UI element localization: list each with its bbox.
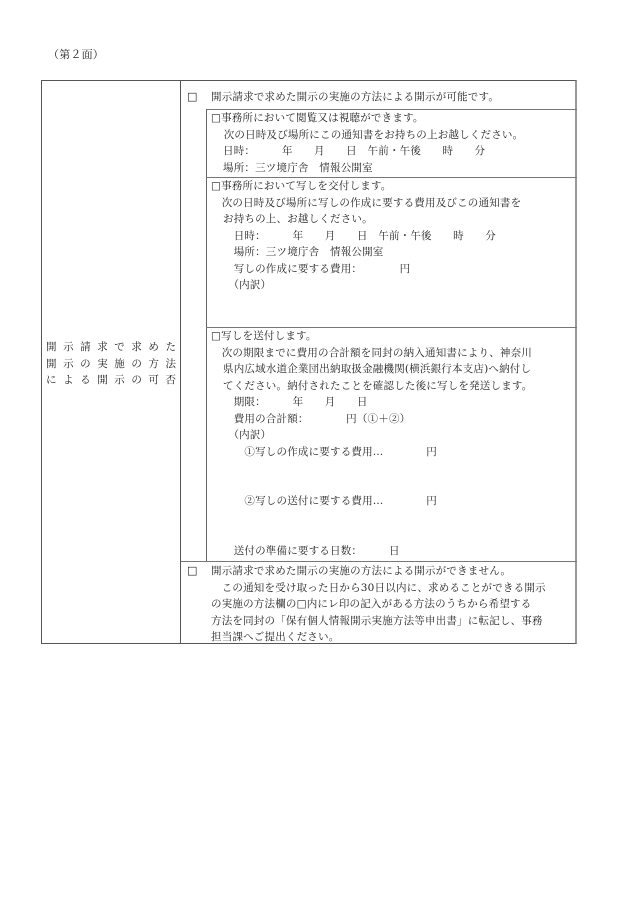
option-inspection: □事務所において閲覧又は視聴ができます。 次の日時及び場所にこの通知書をお持ちの…: [211, 110, 523, 176]
section-divider: [181, 561, 577, 562]
row-header-line-1: 開示請求で求めた: [46, 339, 176, 356]
option-inspection-checkbox-label[interactable]: □事務所において閲覧又は視聴ができます。: [211, 110, 523, 127]
mailing-copy-fee: ①写しの作成に要する費用… 円: [223, 444, 437, 461]
mailing-prep-days: 送付の準備に要する日数： 日: [223, 543, 400, 560]
option-copy-mailing-checkbox-label[interactable]: □写しを送付します。: [211, 328, 532, 345]
page-label: （第２面）: [48, 47, 104, 64]
mailing-total-fee: 費用の合計額： 円（①＋②）: [211, 411, 532, 428]
inspection-place: 場所：三ツ境庁舎 情報公開室: [211, 160, 523, 177]
row-header-line-2: 開示の実施の方法: [46, 356, 176, 373]
row-header-label: 開示請求で求めた 開示の実施の方法 による開示の可否: [46, 339, 176, 389]
option-copy-handover-checkbox-label[interactable]: □事務所において写しを交付します。: [211, 178, 521, 195]
not-possible-checkbox[interactable]: □: [187, 563, 198, 580]
not-possible-title: 開示請求で求めた開示の実施の方法による開示ができません。: [211, 563, 546, 580]
row-header-line-3: による開示の可否: [46, 372, 176, 389]
possible-title: 開示請求で求めた開示の実施の方法による開示が可能です。: [211, 89, 499, 106]
inspection-datetime: 日時： 年 月 日 午前・午後 時 分: [211, 143, 523, 160]
handover-datetime: 日時： 年 月 日 午前・午後 時 分: [211, 228, 521, 245]
handover-copy-fee: 写しの作成に要する費用： 円: [211, 261, 521, 278]
mailing-postage-fee: ②写しの送付に要する費用… 円: [223, 493, 437, 510]
mailing-deadline: 期限： 年 月 日: [211, 394, 532, 411]
possible-checkbox[interactable]: □: [187, 89, 198, 106]
mailing-breakdown: （内訳）: [211, 427, 532, 444]
handover-place: 場所：三ツ境庁舎 情報公開室: [211, 244, 521, 261]
column-divider: [180, 80, 181, 644]
option-copy-handover: □事務所において写しを交付します。 次の日時及び場所に写しの作成に要する費用及び…: [211, 178, 521, 294]
handover-breakdown: （内訳）: [211, 277, 521, 294]
option-copy-mailing: □写しを送付します。 次の期限までに費用の合計額を同封の納入通知書により、神奈川…: [211, 328, 532, 444]
not-possible-section: 開示請求で求めた開示の実施の方法による開示ができません。 この通知を受け取った日…: [211, 563, 546, 646]
